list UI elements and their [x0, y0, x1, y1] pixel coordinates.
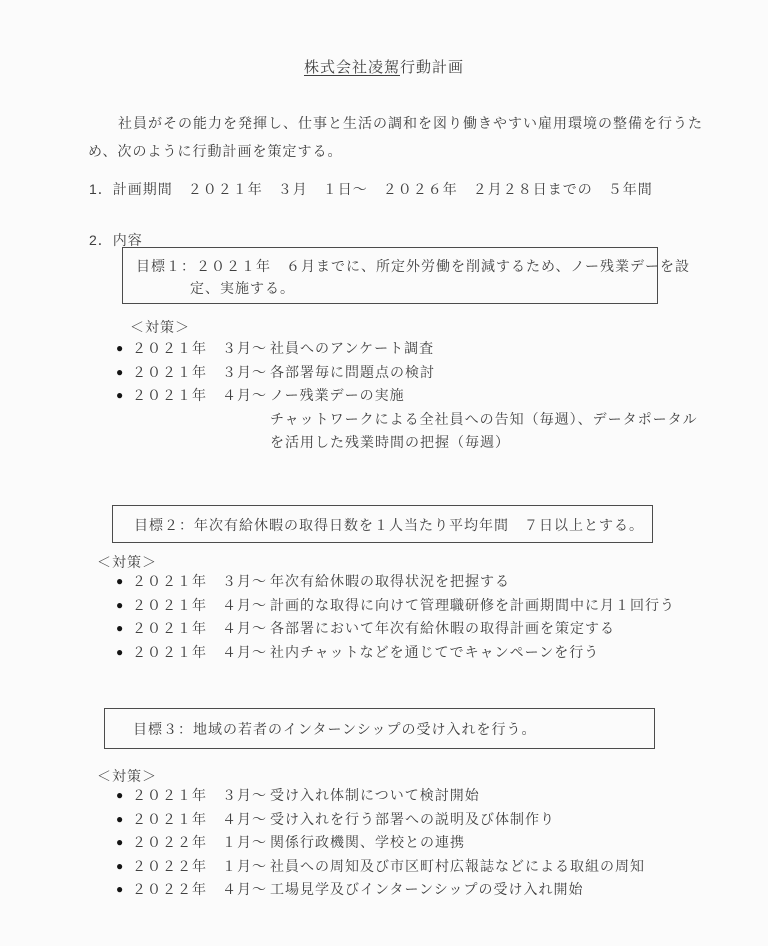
measure-text: 社内チャットなどを通じてでキャンペーンを行う	[270, 641, 599, 665]
bullet-spacer	[116, 408, 132, 432]
date-spacer	[132, 408, 270, 432]
goal-3-text-line-1: 目標３：地域の若者のインターンシップの受け入れを行う。	[133, 718, 646, 740]
bullet-icon: ●	[116, 594, 132, 618]
bullet-icon: ●	[116, 878, 132, 902]
measure-date: ２０２１年 ４月～	[132, 594, 270, 618]
document-title: 株式会社凌駕行動計画	[0, 56, 768, 77]
measure-date: ２０２１年 ３月～	[132, 337, 270, 361]
goal-2-text-line-1: 目標２：年次有給休暇の取得日数を１人当たり平均年間 ７日以上とする。	[134, 514, 644, 536]
measure-text: チャットワークによる全社員への告知（毎週）、データポータル	[270, 408, 698, 432]
measure-date: ２０２２年 ４月～	[132, 878, 270, 902]
intro-paragraph-line-1: 社員がその能力を発揮し、仕事と生活の調和を図り働きやすい雇用環境の整備を行うた	[88, 113, 703, 133]
measure-date: ２０２２年 １月～	[132, 855, 270, 879]
measure-date: ２０２２年 １月～	[132, 831, 270, 855]
measure-row: ● ２０２２年 １月～ 関係行政機関、学校との連携	[116, 831, 645, 855]
intro-paragraph-line-2: め、次のように行動計画を策定する。	[88, 141, 342, 161]
measure-date: ２０２１年 ３月～	[132, 570, 270, 594]
measure-text: 工場見学及びインターンシップの受け入れ開始	[270, 878, 584, 902]
company-name: 株式会社凌駕	[304, 59, 400, 76]
bullet-icon: ●	[116, 617, 132, 641]
measure-continuation-row: を活用した残業時間の把握（毎週）	[116, 431, 698, 455]
bullet-icon: ●	[116, 361, 132, 385]
measure-text: 社員へのアンケート調査	[270, 337, 434, 361]
measure-row: ● ２０２１年 ４月～ 各部署において年次有給休暇の取得計画を策定する	[116, 617, 675, 641]
goal-box-3: 目標３：地域の若者のインターンシップの受け入れを行う。	[104, 708, 655, 749]
bullet-icon: ●	[116, 384, 132, 408]
document-page: 株式会社凌駕行動計画 社員がその能力を発揮し、仕事と生活の調和を図り働きやすい雇…	[0, 0, 768, 946]
bullet-icon: ●	[116, 641, 132, 665]
measures-list-2: ● ２０２１年 ３月～ 年次有給休暇の取得状況を把握する ● ２０２１年 ４月～…	[116, 570, 675, 664]
measure-text: を活用した残業時間の把握（毎週）	[270, 431, 510, 455]
measure-text: 計画的な取得に向けて管理職研修を計画期間中に月１回行う	[270, 594, 675, 618]
measure-row: ● ２０２１年 ３月～ 社員へのアンケート調査	[116, 337, 698, 361]
plan-period-item: 1．計画期間 ２０２１年 ３月 １日～ ２０２６年 ２月２８日までの ５年間	[89, 179, 653, 199]
measure-date: ２０２１年 ４月～	[132, 641, 270, 665]
bullet-icon: ●	[116, 808, 132, 832]
measure-row: ● ２０２２年 ４月～ 工場見学及びインターンシップの受け入れ開始	[116, 878, 645, 902]
goal-1-text-line-2: 定、実施する。	[136, 277, 649, 299]
measure-row: ● ２０２１年 ４月～ ノー残業デーの実施	[116, 384, 698, 408]
measure-row: ● ２０２１年 ３月～ 受け入れ体制について検討開始	[116, 784, 645, 808]
measure-row: ● ２０２１年 ４月～ 社内チャットなどを通じてでキャンペーンを行う	[116, 641, 675, 665]
date-spacer	[132, 431, 270, 455]
bullet-icon: ●	[116, 855, 132, 879]
measure-row: ● ２０２１年 ３月～ 年次有給休暇の取得状況を把握する	[116, 570, 675, 594]
title-rest: 行動計画	[400, 59, 464, 76]
bullet-icon: ●	[116, 831, 132, 855]
measure-row: ● ２０２１年 ４月～ 計画的な取得に向けて管理職研修を計画期間中に月１回行う	[116, 594, 675, 618]
bullet-icon: ●	[116, 337, 132, 361]
bullet-spacer	[116, 431, 132, 455]
measures-list-3: ● ２０２１年 ３月～ 受け入れ体制について検討開始 ● ２０２１年 ４月～ 受…	[116, 784, 645, 902]
measure-text: 社員への周知及び市区町村広報誌などによる取組の周知	[270, 855, 645, 879]
bullet-icon: ●	[116, 784, 132, 808]
measure-date: ２０２１年 ３月～	[132, 361, 270, 385]
measure-text: 受け入れ体制について検討開始	[270, 784, 480, 808]
measure-row: ● ２０２１年 ３月～ 各部署毎に問題点の検討	[116, 361, 698, 385]
measure-text: 関係行政機関、学校との連携	[270, 831, 465, 855]
measure-continuation-row: チャットワークによる全社員への告知（毎週）、データポータル	[116, 408, 698, 432]
measures-label-1: ＜対策＞	[130, 317, 190, 337]
measure-text: 各部署毎に問題点の検討	[270, 361, 435, 385]
measure-date: ２０２１年 ３月～	[132, 784, 270, 808]
measure-date: ２０２１年 ４月～	[132, 384, 270, 408]
measure-date: ２０２１年 ４月～	[132, 808, 270, 832]
measure-row: ● ２０２１年 ４月～ 受け入れを行う部署への説明及び体制作り	[116, 808, 645, 832]
measure-text: 受け入れを行う部署への説明及び体制作り	[270, 808, 555, 832]
goal-box-1: 目標１：２０２１年 ６月までに、所定外労働を削減するため、ノー残業デーを設 定、…	[122, 247, 658, 304]
bullet-icon: ●	[116, 570, 132, 594]
measures-label-2: ＜対策＞	[97, 552, 157, 572]
measure-text: 各部署において年次有給休暇の取得計画を策定する	[270, 617, 615, 641]
goal-1-text-line-1: 目標１：２０２１年 ６月までに、所定外労働を削減するため、ノー残業デーを設	[136, 255, 649, 277]
measure-text: ノー残業デーの実施	[270, 384, 405, 408]
measures-label-3: ＜対策＞	[97, 766, 157, 786]
measures-list-1: ● ２０２１年 ３月～ 社員へのアンケート調査 ● ２０２１年 ３月～ 各部署毎…	[116, 337, 698, 455]
measure-text: 年次有給休暇の取得状況を把握する	[270, 570, 510, 594]
goal-box-2: 目標２：年次有給休暇の取得日数を１人当たり平均年間 ７日以上とする。	[112, 505, 653, 543]
measure-date: ２０２１年 ４月～	[132, 617, 270, 641]
measure-row: ● ２０２２年 １月～ 社員への周知及び市区町村広報誌などによる取組の周知	[116, 855, 645, 879]
